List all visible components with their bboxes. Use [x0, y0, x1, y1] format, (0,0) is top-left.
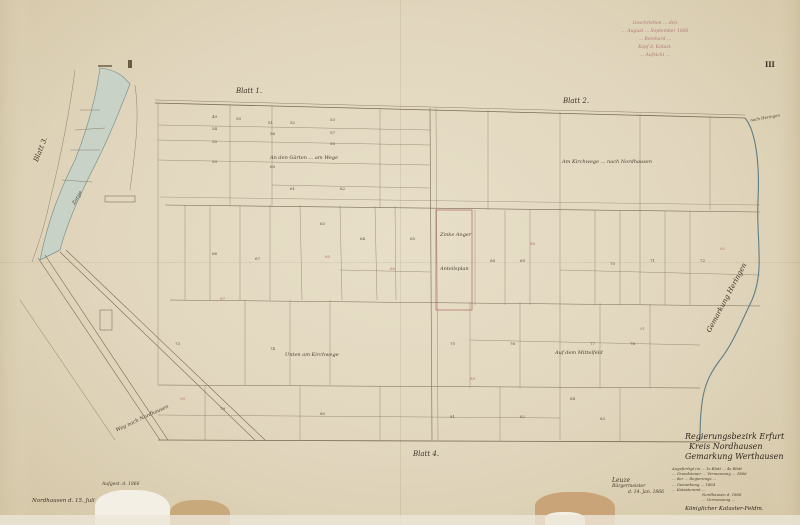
- svg-text:82: 82: [520, 414, 526, 419]
- svg-text:75: 75: [450, 341, 456, 346]
- field-name-center-bottom: Anteilsplan: [440, 266, 469, 272]
- svg-text:74: 74: [270, 346, 276, 351]
- svg-text:65: 65: [410, 236, 416, 241]
- svg-text:57: 57: [330, 130, 336, 135]
- svg-text:56: 56: [270, 131, 276, 136]
- svg-text:50: 50: [236, 116, 242, 121]
- svg-text:88: 88: [530, 241, 536, 246]
- svg-text:87: 87: [220, 296, 226, 301]
- title-signature: Königlicher Kataster-Feldm.: [685, 506, 764, 512]
- svg-text:58: 58: [330, 141, 336, 146]
- title-notes: Angefertigt im ... 1s Blatt ... 4s Blatt…: [672, 466, 797, 502]
- svg-text:51: 51: [268, 120, 273, 125]
- annotation-line: Kopf d. Katast.: [610, 44, 700, 52]
- svg-text:59: 59: [212, 159, 218, 164]
- svg-text:76: 76: [510, 341, 516, 346]
- svg-text:81: 81: [450, 414, 455, 419]
- note-line: ... Vermessung ...: [672, 497, 797, 502]
- bottom-left-date: Aufgest. d. 1866: [102, 482, 140, 487]
- svg-text:63: 63: [320, 221, 326, 226]
- svg-text:83: 83: [600, 416, 606, 421]
- fold-line-horizontal: [0, 262, 800, 263]
- mayor-note: Leuze Bürgermeister d. 14. Jan. 1866: [612, 478, 664, 496]
- annotation-line: ... Aufsicht ...: [610, 52, 700, 60]
- svg-text:64: 64: [360, 236, 366, 241]
- svg-text:53: 53: [330, 117, 336, 122]
- svg-text:49: 49: [212, 114, 218, 119]
- paper-damage: [0, 515, 800, 525]
- title-block: Regierungsbezirk Erfurt Kreis Nordhausen…: [685, 432, 800, 462]
- label-blatt-4: Blatt 4.: [413, 450, 439, 458]
- annotation-line: ... Reinhard ...: [610, 36, 700, 44]
- svg-text:85: 85: [325, 254, 331, 259]
- field-name-middle-left: Unten am Kirchwege: [285, 352, 339, 358]
- svg-text:86: 86: [390, 266, 396, 271]
- svg-text:80: 80: [320, 411, 326, 416]
- field-name-center-top: Zinke Anger: [440, 232, 471, 238]
- title-line-2: Kreis Nordhausen: [685, 442, 800, 452]
- svg-text:61: 61: [290, 186, 295, 191]
- svg-text:79: 79: [220, 406, 226, 411]
- svg-text:52: 52: [290, 120, 296, 125]
- field-name-middle-right: Auf dem Mittelfeld: [555, 350, 603, 356]
- svg-text:60: 60: [270, 164, 276, 169]
- bottom-left-caption: Nordhausen d. 15. Juli: [32, 498, 95, 504]
- annotation-line: ... August ... September 1866: [610, 28, 700, 36]
- svg-text:54: 54: [212, 126, 218, 131]
- svg-text:55: 55: [212, 139, 218, 144]
- top-right-annotation: Geschrieben ... den ... August ... Septe…: [610, 20, 700, 60]
- cadastral-map-sheet: 4950 5152 5354 5556 5758 5960 6162 6364 …: [0, 0, 800, 525]
- field-name-north-east: Am Kirchwege ... nach Nordhausen: [562, 159, 652, 165]
- svg-text:91: 91: [640, 326, 645, 331]
- svg-text:66: 66: [212, 251, 218, 256]
- annotation-line: Geschrieben ... den: [610, 20, 700, 28]
- svg-text:77: 77: [590, 341, 596, 346]
- label-blatt-2: Blatt 2.: [563, 97, 589, 105]
- svg-text:67: 67: [255, 256, 261, 261]
- title-line-1: Regierungsbezirk Erfurt: [685, 432, 800, 442]
- svg-text:90: 90: [180, 396, 186, 401]
- svg-text:89: 89: [470, 376, 476, 381]
- label-blatt-1: Blatt 1.: [236, 87, 262, 95]
- title-line-3: Gemarkung Werthausen: [685, 452, 800, 462]
- svg-text:84: 84: [570, 396, 576, 401]
- svg-text:78: 78: [630, 341, 636, 346]
- svg-text:73: 73: [175, 341, 181, 346]
- sheet-mark: III: [765, 60, 775, 69]
- note-date: d. 14. Jan. 1866: [612, 490, 664, 496]
- svg-text:92: 92: [720, 246, 726, 251]
- svg-text:62: 62: [340, 186, 346, 191]
- field-name-north-strip: An den Gärten ... am Wege: [270, 155, 338, 161]
